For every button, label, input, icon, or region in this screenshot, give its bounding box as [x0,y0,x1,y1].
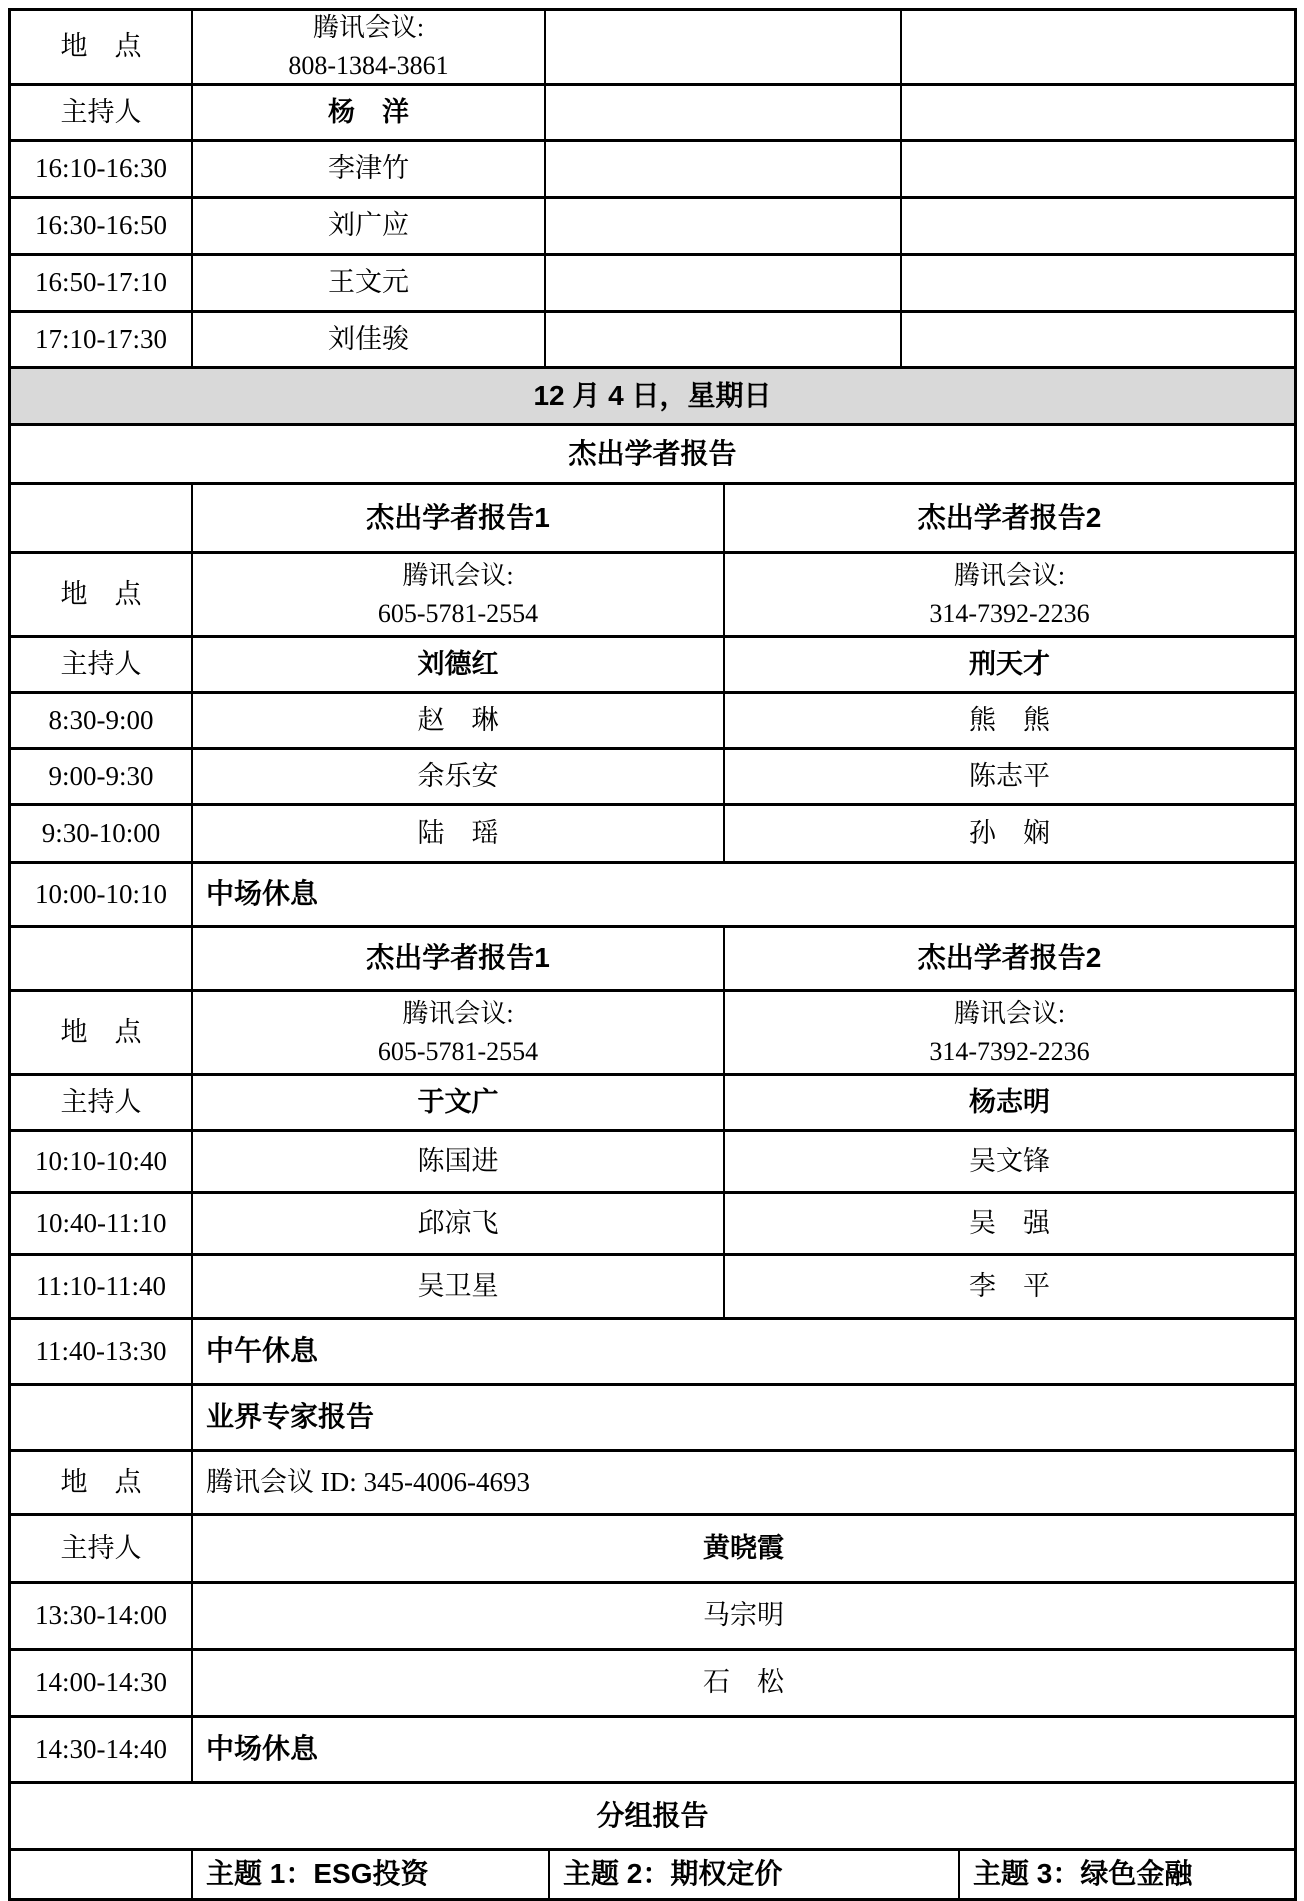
table-row: 10:10-10:40陈国进吴文锋 [11,1129,1294,1191]
session-header-cell: 杰出学者报告1 [191,485,723,551]
time-cell: 14:30-14:40 [11,1718,191,1781]
row-label-location: 地 点 [11,1452,191,1513]
theme-cell: 主题 2：期权定价 [548,1851,958,1898]
table-row: 主持人于文广杨志明 [11,1073,1294,1129]
host-cell: 杨 洋 [191,86,544,139]
time-cell: 16:50-17:10 [11,256,191,310]
table-row: 业界专家报告 [11,1383,1294,1449]
speaker-cell: 孙 娴 [723,806,1294,861]
time-cell: 14:00-14:30 [11,1651,191,1715]
table-row: 10:40-11:10邱凉飞吴 强 [11,1191,1294,1253]
speaker-cell: 马宗明 [191,1584,1294,1648]
empty-cell [544,86,900,139]
table-row: 主持人黄晓霞 [11,1513,1294,1581]
empty-cell [11,928,191,989]
row-label-host: 主持人 [11,1516,191,1581]
table-row: 8:30-9:00赵 琳熊 熊 [11,691,1294,747]
meeting-id-cell: 腾讯会议:314-7392-2236 [723,992,1294,1073]
meeting-id-cell: 腾讯会议:314-7392-2236 [723,554,1294,635]
speaker-cell: 陆 瑶 [191,806,723,861]
time-cell: 10:10-10:40 [11,1132,191,1191]
speaker-cell: 熊 熊 [723,694,1294,747]
table-row: 11:10-11:40吴卫星李 平 [11,1253,1294,1317]
table-row: 12 月 4 日，星期日 [11,366,1294,423]
table-row: 10:00-10:10中场休息 [11,861,1294,925]
time-cell: 9:00-9:30 [11,750,191,803]
table-row: 17:10-17:30刘佳骏 [11,310,1294,366]
row-label-location: 地 点 [11,992,191,1073]
speaker-cell: 李 平 [723,1256,1294,1317]
section-title: 杰出学者报告 [11,426,1294,482]
table-row: 16:10-16:30李津竹 [11,139,1294,196]
meeting-id-cell: 腾讯会议 ID: 345-4006-4693 [191,1452,1294,1513]
time-cell: 16:10-16:30 [11,142,191,196]
speaker-cell: 王文元 [191,256,544,310]
meeting-id-cell: 腾讯会议:605-5781-2554 [191,992,723,1073]
empty-cell [544,199,900,253]
host-cell: 杨志明 [723,1076,1294,1129]
speaker-cell: 赵 琳 [191,694,723,747]
cell-line: 腾讯会议: [954,995,1065,1033]
time-cell: 8:30-9:00 [11,694,191,747]
date-banner: 12 月 4 日，星期日 [11,369,1294,423]
meeting-id-cell: 腾讯会议:605-5781-2554 [191,554,723,635]
schedule-table: 地 点腾讯会议:808-1384-3861主持人杨 洋16:10-16:30李津… [8,8,1297,1901]
break-cell: 中场休息 [191,1718,1294,1781]
speaker-cell: 吴 强 [723,1194,1294,1253]
cell-line: 腾讯会议: [402,557,513,595]
table-row: 9:30-10:00陆 瑶孙 娴 [11,803,1294,861]
empty-cell [900,11,1294,83]
table-row: 杰出学者报告1杰出学者报告2 [11,482,1294,551]
empty-cell [900,199,1294,253]
time-cell: 11:40-13:30 [11,1320,191,1383]
table-row: 14:00-14:30石 松 [11,1648,1294,1715]
row-label-host: 主持人 [11,86,191,139]
empty-cell [544,11,900,83]
table-row: 主持人杨 洋 [11,83,1294,139]
empty-cell [900,142,1294,196]
cell-line: 314-7392-2236 [929,595,1089,633]
time-cell: 9:30-10:00 [11,806,191,861]
table-row: 分组报告 [11,1781,1294,1848]
row-label-location: 地 点 [11,554,191,635]
break-cell: 中场休息 [191,864,1294,925]
time-cell: 10:00-10:10 [11,864,191,925]
time-cell: 16:30-16:50 [11,199,191,253]
speaker-cell: 陈国进 [191,1132,723,1191]
time-cell: 10:40-11:10 [11,1194,191,1253]
table-row: 13:30-14:00马宗明 [11,1581,1294,1648]
row-label-host: 主持人 [11,1076,191,1129]
theme-cell: 主题 1：ESG投资 [191,1851,548,1898]
speaker-cell: 石 松 [191,1651,1294,1715]
speaker-cell: 李津竹 [191,142,544,196]
break-cell: 中午休息 [191,1320,1294,1383]
meeting-id-cell: 腾讯会议:808-1384-3861 [191,11,544,83]
empty-cell [544,256,900,310]
cell-line: 605-5781-2554 [378,1033,538,1071]
empty-cell [544,142,900,196]
cell-line: 腾讯会议: [402,995,513,1033]
speaker-cell: 余乐安 [191,750,723,803]
section-title: 业界专家报告 [191,1386,1294,1449]
table-row: 杰出学者报告1杰出学者报告2 [11,925,1294,989]
host-cell: 刘德红 [191,638,723,691]
cell-line: 808-1384-3861 [288,47,448,83]
empty-cell [544,313,900,366]
table-row: 地 点腾讯会议 ID: 345-4006-4693 [11,1449,1294,1513]
empty-cell [900,313,1294,366]
cell-line: 314-7392-2236 [929,1033,1089,1071]
speaker-cell: 陈志平 [723,750,1294,803]
speaker-cell: 邱凉飞 [191,1194,723,1253]
table-row: 地 点腾讯会议:605-5781-2554腾讯会议:314-7392-2236 [11,989,1294,1073]
host-cell: 刑天才 [723,638,1294,691]
theme-cell: 主题 3：绿色金融 [958,1851,1294,1898]
session-header-cell: 杰出学者报告2 [723,485,1294,551]
table-row: 16:30-16:50刘广应 [11,196,1294,253]
host-cell: 于文广 [191,1076,723,1129]
row-label-host: 主持人 [11,638,191,691]
row-label-location: 地 点 [11,11,191,83]
speaker-cell: 刘广应 [191,199,544,253]
host-cell: 黄晓霞 [191,1516,1294,1581]
session-header-cell: 杰出学者报告2 [723,928,1294,989]
empty-cell [900,86,1294,139]
table-row: 16:50-17:10王文元 [11,253,1294,310]
table-row: 11:40-13:30中午休息 [11,1317,1294,1383]
speaker-cell: 刘佳骏 [191,313,544,366]
table-row: 9:00-9:30余乐安陈志平 [11,747,1294,803]
time-cell: 17:10-17:30 [11,313,191,366]
section-title: 分组报告 [11,1784,1294,1848]
speaker-cell: 吴文锋 [723,1132,1294,1191]
empty-cell [11,485,191,551]
speaker-cell: 吴卫星 [191,1256,723,1317]
session-header-cell: 杰出学者报告1 [191,928,723,989]
table-row: 主持人刘德红刑天才 [11,635,1294,691]
cell-line: 腾讯会议: [954,557,1065,595]
empty-cell [11,1851,191,1898]
table-row: 杰出学者报告 [11,423,1294,482]
table-row: 地 点腾讯会议:808-1384-3861 [11,11,1294,83]
cell-line: 腾讯会议: [313,11,424,47]
table-row: 14:30-14:40中场休息 [11,1715,1294,1781]
table-row: 地 点腾讯会议:605-5781-2554腾讯会议:314-7392-2236 [11,551,1294,635]
table-row: 主题 1：ESG投资主题 2：期权定价主题 3：绿色金融 [11,1848,1294,1898]
cell-line: 605-5781-2554 [378,595,538,633]
empty-cell [900,256,1294,310]
time-cell: 13:30-14:00 [11,1584,191,1648]
empty-cell [11,1386,191,1449]
time-cell: 11:10-11:40 [11,1256,191,1317]
